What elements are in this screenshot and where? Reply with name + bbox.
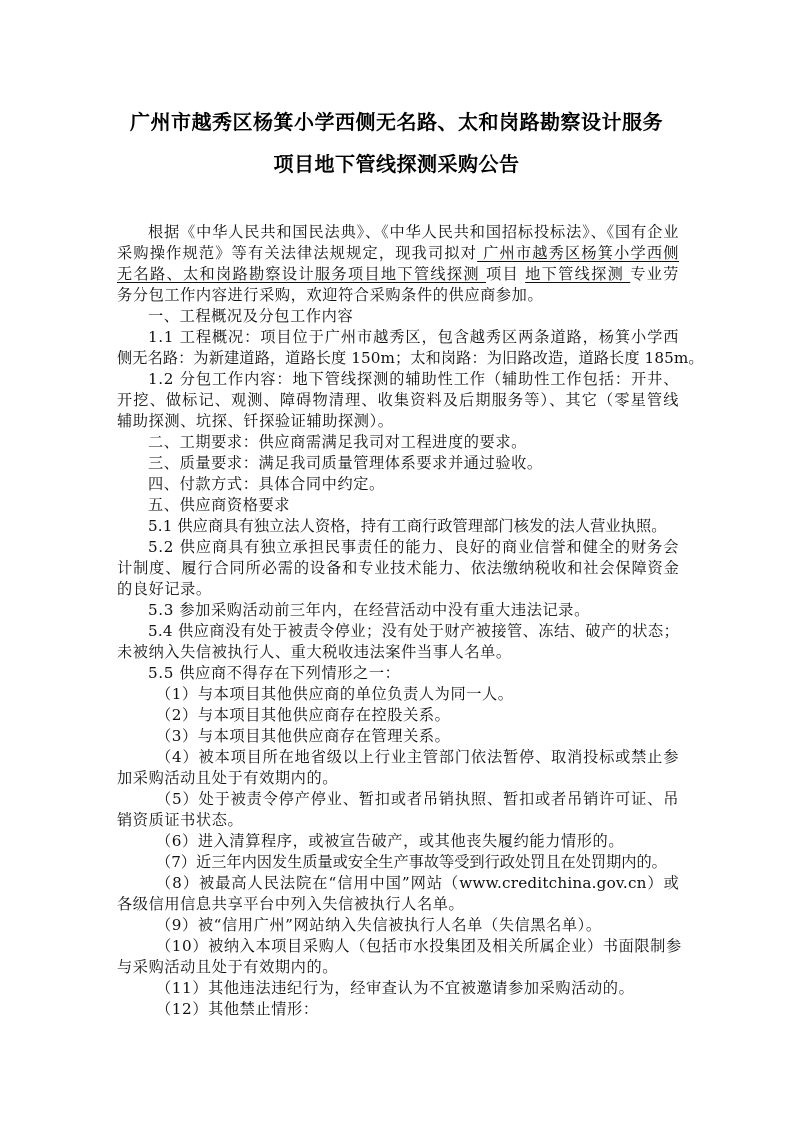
req-5-3: 5.3 参加采购活动前三年内，在经营活动中没有重大违法记录。 — [117, 600, 679, 621]
document-title-line-2: 项目地下管线探测采购公告 — [0, 148, 793, 177]
section-3: 三、质量要求：满足我司质量管理体系要求并通过验收。 — [117, 453, 679, 474]
req-5-2-line-1: 5.2 供应商具有独立承担民事责任的能力、良好的商业信誉和健全的财务会 — [117, 537, 679, 558]
section-5-heading: 五、供应商资格要求 — [117, 495, 679, 516]
exclusion-item-10-line-2: 与采购活动且处于有效期内的。 — [117, 957, 679, 978]
exclusion-item-2: （2）与本项目其他供应商存在控股关系。 — [117, 705, 679, 726]
req-5-4-line-1: 5.4 供应商没有处于被责令停业；没有处于财产被接管、冻结、破产的状态； — [117, 621, 679, 642]
document-title-line-1: 广州市越秀区杨箕小学西侧无名路、太和岗路勘察设计服务 — [0, 106, 793, 135]
intro-line-3: 无名路、太和岗路勘察设计服务项目地下管线探测 项目 地下管线探测 专业劳 — [117, 264, 679, 285]
exclusion-item-12: （12）其他禁止情形： — [117, 999, 679, 1020]
document-page: 广州市越秀区杨箕小学西侧无名路、太和岗路勘察设计服务 项目地下管线探测采购公告 … — [0, 0, 793, 1122]
project-name-underlined: 广州市越秀区杨箕小学西侧 — [477, 244, 679, 262]
req-5-2-line-3: 的良好记录。 — [117, 579, 679, 600]
exclusion-item-3: （3）与本项目其他供应商存在管理关系。 — [117, 726, 679, 747]
section-1-2-line-2: 开挖、做标记、观测、障碍物清理、收集资料及后期服务等）、其它（零星管线 — [117, 390, 679, 411]
req-5-1: 5.1 供应商具有独立法人资格，持有工商行政管理部门核发的法人营业执照。 — [117, 516, 679, 537]
section-1-1-line-1: 1.1 工程概况：项目位于广州市越秀区，包含越秀区两条道路，杨箕小学西 — [117, 327, 679, 348]
intro-text-project: 项目 — [486, 265, 525, 283]
exclusion-item-11: （11）其他违法违纪行为，经审查认为不宜被邀请参加采购活动的。 — [117, 978, 679, 999]
intro-line-1: 根据《中华人民共和国民法典》、《中华人民共和国招标投标法》、《国有企业 — [117, 222, 679, 243]
exclusion-item-9: （9）被“信用广州”网站纳入失信被执行人名单（失信黑名单）。 — [117, 915, 679, 936]
exclusion-item-5-line-1: （5）处于被责令停产停业、暂扣或者吊销执照、暂扣或者吊销许可证、吊 — [117, 789, 679, 810]
exclusion-item-4-line-1: （4）被本项目所在地省级以上行业主管部门依法暂停、取消投标或禁止参 — [117, 747, 679, 768]
section-4: 四、付款方式：具体合同中约定。 — [117, 474, 679, 495]
section-2: 二、工期要求：供应商需满足我司对工程进度的要求。 — [117, 432, 679, 453]
section-1-2-line-3: 辅助探测、坑探、钎探验证辅助探测）。 — [117, 411, 679, 432]
intro-text-labor: 专业劳 — [630, 265, 679, 283]
exclusion-item-4-line-2: 加采购活动且处于有效期内的。 — [117, 768, 679, 789]
exclusion-item-7: （7）近三年内因发生质量或安全生产事故等受到行政处罚且在处罚期内的。 — [117, 852, 679, 873]
section-1-1-line-2: 侧无名路：为新建道路，道路长度 150m；太和岗路：为旧路改造，道路长度 185… — [117, 348, 679, 369]
intro-text: 采购操作规范》等有关法律法规规定，现我司拟对 — [117, 244, 477, 262]
req-5-2-line-2: 计制度、履行合同所必需的设备和专业技术能力、依法缴纳税收和社会保障资金 — [117, 558, 679, 579]
exclusion-item-10-line-1: （10）被纳入本项目采购人（包括市水投集团及相关所属企业）书面限制参 — [117, 936, 679, 957]
intro-line-2: 采购操作规范》等有关法律法规规定，现我司拟对 广州市越秀区杨箕小学西侧 — [117, 243, 679, 264]
exclusion-item-6: （6）进入清算程序，或被宣告破产，或其他丧失履约能力情形的。 — [117, 831, 679, 852]
project-name-underlined-cont: 无名路、太和岗路勘察设计服务项目地下管线探测 — [117, 265, 486, 283]
exclusion-item-1: （1）与本项目其他供应商的单位负责人为同一人。 — [117, 684, 679, 705]
exclusion-item-8-line-2: 各级信用信息共享平台中列入失信被执行人名单。 — [117, 894, 679, 915]
req-5-4-line-2: 未被纳入失信被执行人、重大税收违法案件当事人名单。 — [117, 642, 679, 663]
work-type-underlined: 地下管线探测 — [525, 265, 630, 283]
document-body: 根据《中华人民共和国民法典》、《中华人民共和国招标投标法》、《国有企业 采购操作… — [117, 222, 679, 1020]
exclusion-item-5-line-2: 销资质证书状态。 — [117, 810, 679, 831]
section-1-2-line-1: 1.2 分包工作内容：地下管线探测的辅助性工作（辅助性工作包括：开井、 — [117, 369, 679, 390]
req-5-5: 5.5 供应商不得存在下列情形之一： — [117, 663, 679, 684]
intro-line-4: 务分包工作内容进行采购，欢迎符合采购条件的供应商参加。 — [117, 285, 679, 306]
exclusion-item-8-line-1: （8）被最高人民法院在“信用中国”网站（www.creditchina.gov.… — [117, 873, 679, 894]
section-1-heading: 一、工程概况及分包工作内容 — [117, 306, 679, 327]
